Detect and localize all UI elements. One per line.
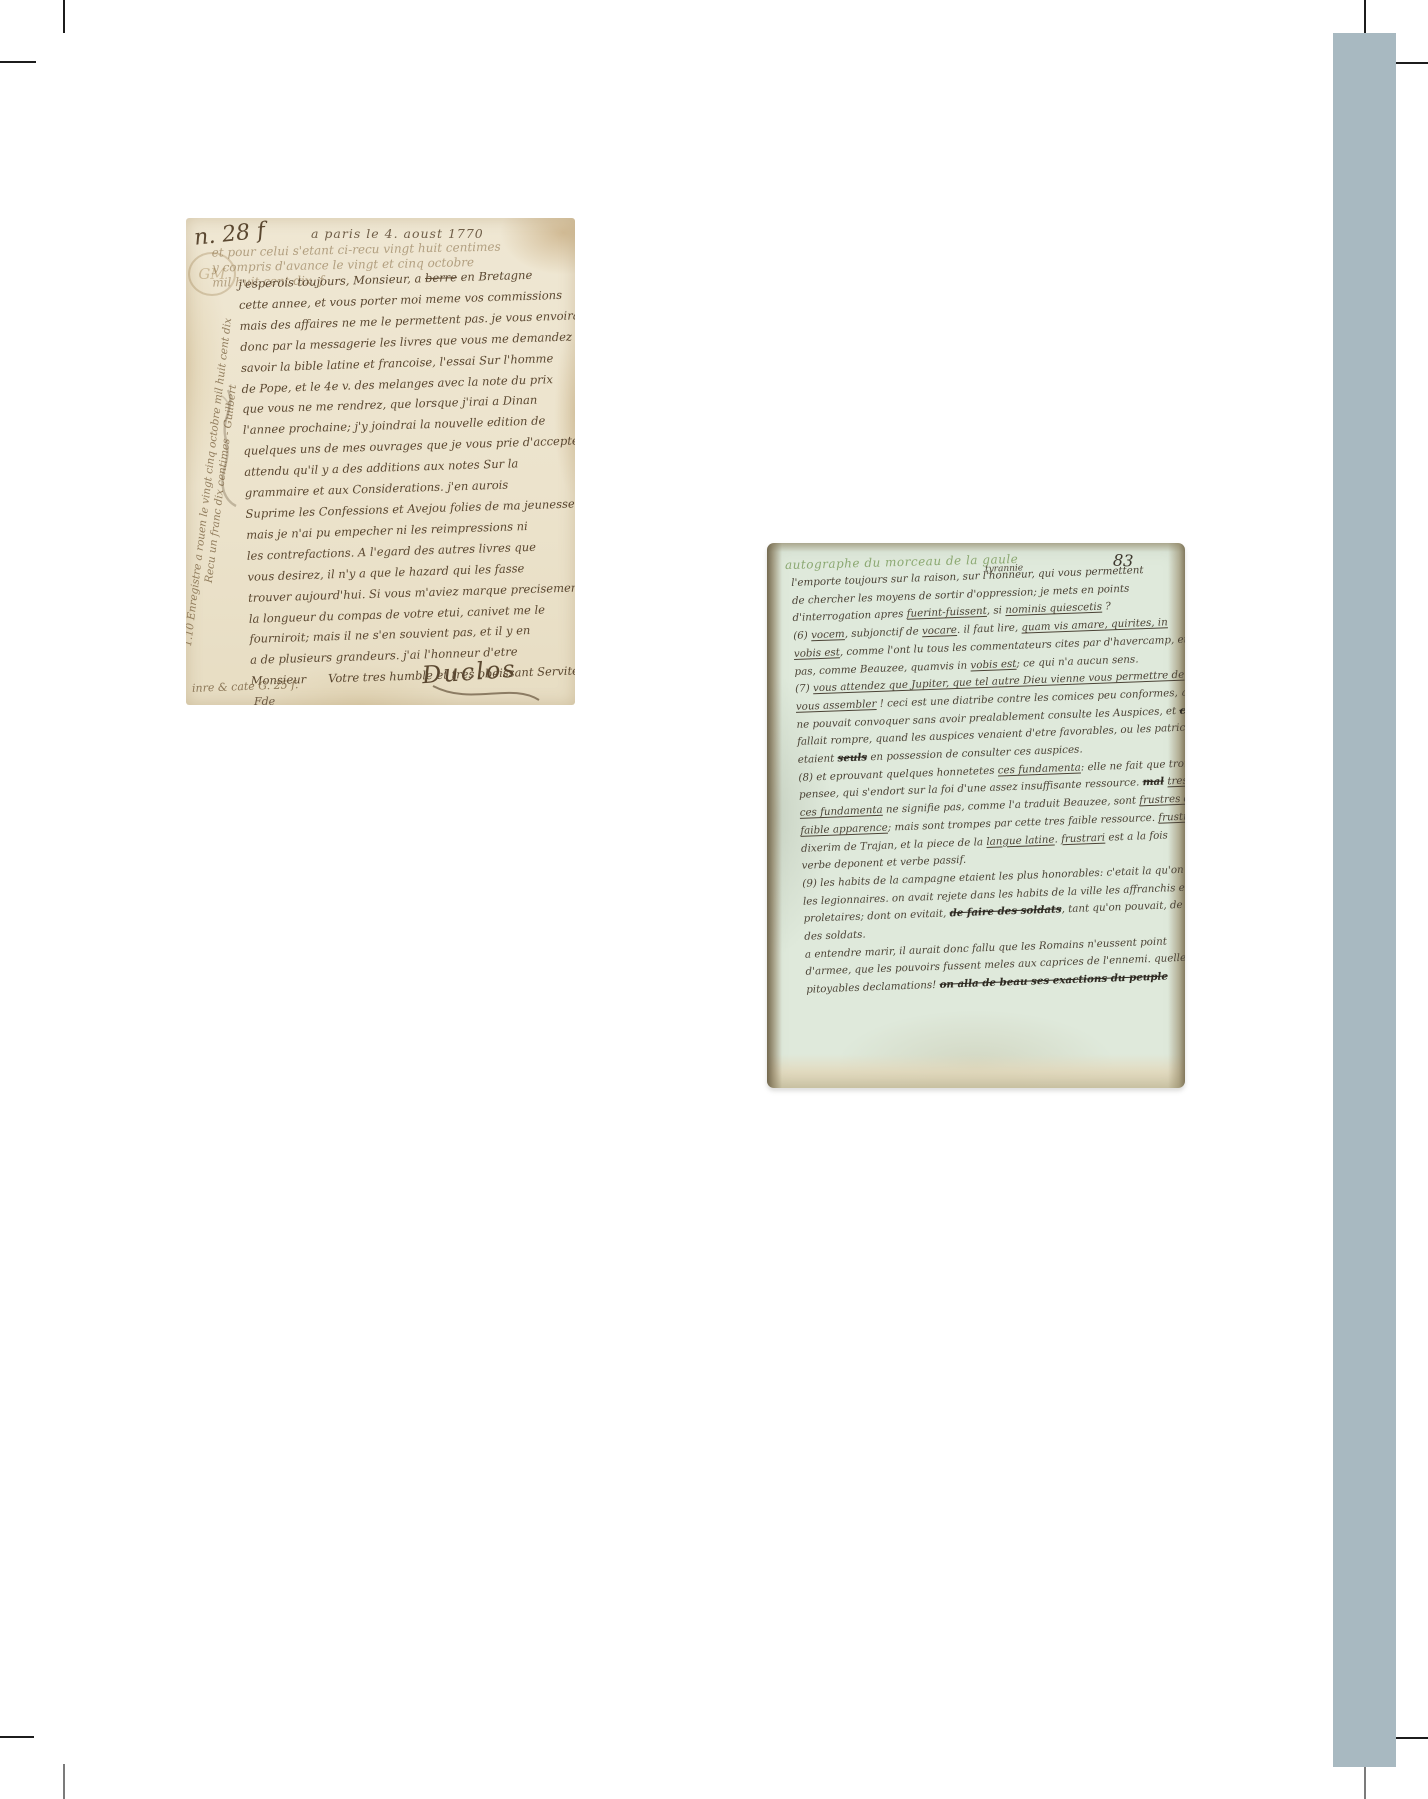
crop-mark-top-right-vertical — [1364, 0, 1366, 33]
crop-mark-bottom-right-vertical — [1364, 1766, 1366, 1799]
accent-bar — [1333, 33, 1396, 1767]
manuscript-body-text: l'emporte toujours sur la raison, sur l'… — [791, 561, 1182, 999]
crop-mark-bottom-left-horizontal — [0, 1736, 34, 1738]
crop-mark-bottom-right-horizontal — [1396, 1737, 1428, 1739]
manuscript-page-image: autographe du morceau de la gaule 83 tyr… — [767, 543, 1185, 1088]
signature-flourish — [431, 680, 541, 705]
letter-bottom-note: inre & cate G. 25 f. — [192, 678, 299, 695]
crop-mark-top-right-horizontal — [1396, 62, 1428, 64]
letter-bottom-mark: Fde — [254, 695, 275, 705]
manuscript-letter-image: n. 28 f a paris le 4. aoust 1770 et pour… — [186, 218, 575, 705]
letter-body-text: j'esperois toujours, Monsieur, a berre e… — [238, 263, 575, 691]
catalog-page: { "page": { "background_color": "#ffffff… — [0, 0, 1428, 1799]
crop-mark-top-left-horizontal — [0, 61, 36, 63]
letter-date-line: a paris le 4. aoust 1770 — [311, 226, 484, 241]
crop-mark-bottom-left-vertical — [63, 1764, 65, 1799]
crop-mark-top-left-vertical — [63, 0, 65, 33]
